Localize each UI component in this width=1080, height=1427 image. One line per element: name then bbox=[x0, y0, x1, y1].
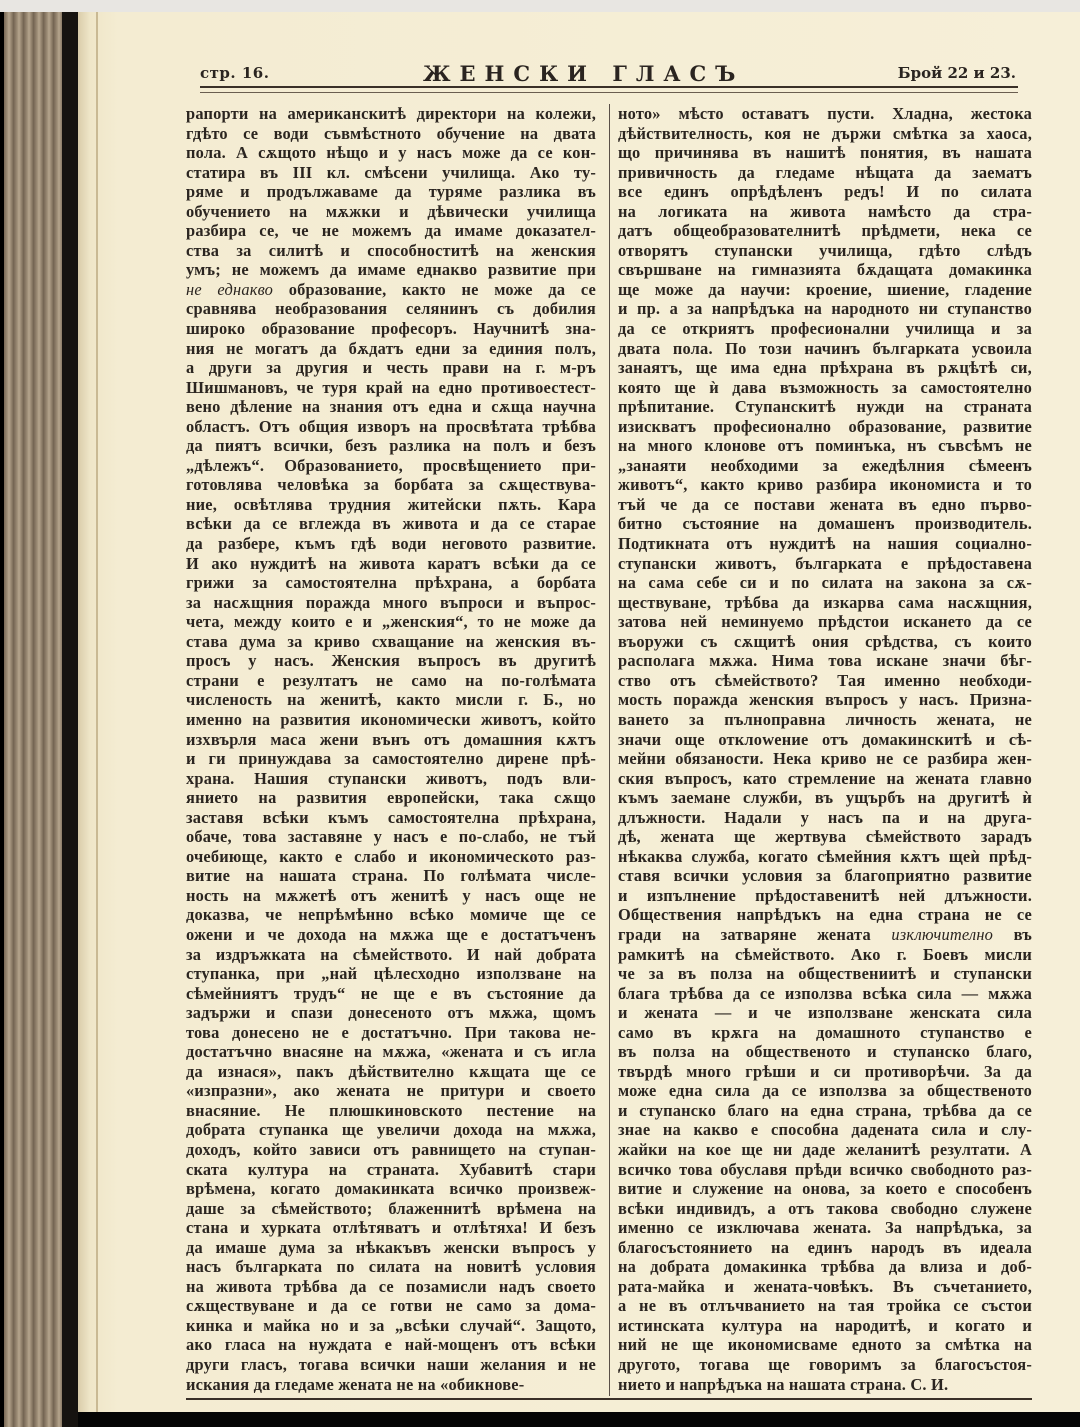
text-line: свършване на гимназията бѫдащата домакин… bbox=[618, 260, 1032, 280]
text-line: изхвърля маса жени вънъ отъ домашния кѫт… bbox=[186, 730, 596, 750]
italic-emphasis: не еднакво bbox=[186, 280, 273, 299]
text-line: не еднакво образование, както не може да… bbox=[186, 280, 596, 300]
header-rule bbox=[200, 86, 1018, 93]
text-line: ването за пълноправна личность жената, н… bbox=[618, 710, 1032, 730]
text-line: доходъ, който зависи отъ равнището на ст… bbox=[186, 1140, 596, 1160]
text-line: ния не могатъ да бѫдатъ едни за единия п… bbox=[186, 339, 596, 359]
text-line: която ще ѝ дава възможность за самостоят… bbox=[618, 378, 1032, 398]
text-line: на сама себе си и по силата на закона за… bbox=[618, 573, 1032, 593]
text-line: длъжности. Надали у насъ па и на друга- bbox=[618, 808, 1032, 828]
text-line: занаятъ, ще има една прѣхрана въ рѫцѣтѣ … bbox=[618, 358, 1032, 378]
text-line: внасяние. Не плюшкиновското пестение на bbox=[186, 1101, 596, 1121]
italic-emphasis: изключително bbox=[891, 925, 993, 944]
text-line: витие и служение на онова, за което е сп… bbox=[618, 1179, 1032, 1199]
text-line: че за въ полза на обществениитѣ и ступан… bbox=[618, 964, 1032, 984]
text-line: прѣпитание. Ступанскитѣ нужди на странат… bbox=[618, 397, 1032, 417]
text-line: ние, освѣтлява трудния житейски пѫть. Ка… bbox=[186, 495, 596, 515]
text-line: и пр. а за напрѣдъка на народното ни сту… bbox=[618, 299, 1032, 319]
text-line: даше за сѣмейството; блаженнитѣ врѣмена … bbox=[186, 1199, 596, 1219]
text-line: изискватъ професионално образование, раз… bbox=[618, 417, 1032, 437]
text-line: доказва, че непрѣмѣнно всѣко момиче ще с… bbox=[186, 905, 596, 925]
page-fold-line bbox=[96, 12, 98, 1412]
text-line: тъй че да се постави жената въ едно първ… bbox=[618, 495, 1032, 515]
text-line: витие на нашата страна. По голѣмата числ… bbox=[186, 866, 596, 886]
text-line: страни е резултатъ не само на по-голѣмат… bbox=[186, 671, 596, 691]
text-line: просъ у насъ. Женския въпросъ въ другитѣ bbox=[186, 651, 596, 671]
text-line: други гласъ, тогава всички наши желания … bbox=[186, 1355, 596, 1375]
text-line: битно състояние на домашенъ производител… bbox=[618, 514, 1032, 534]
text-line: твърдѣ много грѣши и си противорѣчи. За … bbox=[618, 1062, 1032, 1082]
text-line: ако гласа на нуждата е най-мощенъ отъ вс… bbox=[186, 1335, 596, 1355]
text-line: отворятъ ступански училища, гдѣто слѣдъ bbox=[618, 241, 1032, 261]
text-line: Обществения напрѣдъкъ на една страна не … bbox=[618, 905, 1032, 925]
text-line: ство отъ сѣмейството? Тая именно необход… bbox=[618, 671, 1032, 691]
scan-top-margin bbox=[0, 0, 1080, 12]
text-column-left: рапорти на американскитѣ директори на ко… bbox=[186, 104, 596, 1394]
text-line: численость на женитѣ, както мисли г. Б.,… bbox=[186, 690, 596, 710]
text-line: И ако нуждитѣ на живота каратъ всѣки да … bbox=[186, 554, 596, 574]
text-line: стана и хурката отлѣтяватъ и отлѣтяха! И… bbox=[186, 1218, 596, 1238]
text-line: именно на развития икономически животъ, … bbox=[186, 710, 596, 730]
text-line: янието на развития европейски, така сѫщо bbox=[186, 788, 596, 808]
text-line: животъ“, както криво разбира икономиста … bbox=[618, 475, 1032, 495]
text-line: и ги принуждава за самостоятелно дирене … bbox=[186, 749, 596, 769]
text-line: нѣкаква служба, когато сѣмейния кѫтъ щеѝ… bbox=[618, 847, 1032, 867]
text-line: благосъстоянието на единъ народъ въ идеа… bbox=[618, 1238, 1032, 1258]
scan-bottom-margin bbox=[78, 1412, 1080, 1427]
text-line: сѣмейниятъ трудъ“ не ще е въ състояние д… bbox=[186, 984, 596, 1004]
text-line: кинка и майка но и за „всѣки случай“. За… bbox=[186, 1316, 596, 1336]
text-line: това донесено не е достатъчно. При таков… bbox=[186, 1023, 596, 1043]
text-line: именно се изключава жената. За напрѣдъка… bbox=[618, 1218, 1032, 1238]
text-line: пола. А сѫщото нѣщо и у насъ може да се … bbox=[186, 143, 596, 163]
text-line: само въ крѫга на домашното ступанство е bbox=[618, 1023, 1032, 1043]
text-line: Подтикната отъ нуждитѣ на нашия социално… bbox=[618, 534, 1032, 554]
text-line: добрата ступанка ще увеличи дохода на мѫ… bbox=[186, 1120, 596, 1140]
text-line: мейни обязаности. Нека криво не се разби… bbox=[618, 749, 1032, 769]
text-line: умъ; не можемъ да имаме еднакво развитие… bbox=[186, 260, 596, 280]
text-line: нието и напрѣдъка на нашата страна. С. И… bbox=[618, 1375, 1032, 1395]
text-line: а не въ отлъчванието на тая тройка се съ… bbox=[618, 1296, 1032, 1316]
text-line: сравнява необразования селянинъ съ добил… bbox=[186, 299, 596, 319]
text-line: все единъ опрѣдѣленъ редъ! И по силата bbox=[618, 182, 1032, 202]
text-line: привичность да гледаме нѣщата да заематъ bbox=[618, 163, 1032, 183]
text-line: датъ общеобразователнитѣ прѣдмети, нека … bbox=[618, 221, 1032, 241]
text-line: да се откриятъ професионални училища и з… bbox=[618, 319, 1032, 339]
text-line: очебиюще, както е слабо и икономическото… bbox=[186, 847, 596, 867]
text-line: ския въпросъ, като стремление на жената … bbox=[618, 769, 1032, 789]
text-line: «изпразни», ако жената не притури и свое… bbox=[186, 1081, 596, 1101]
text-line: на добрата домакинка трѣбва да влиза и д… bbox=[618, 1257, 1032, 1277]
text-line: да пиятъ всички, безъ разлика на полъ и … bbox=[186, 436, 596, 456]
text-line: насъ българката по силата на новитѣ усло… bbox=[186, 1257, 596, 1277]
text-line: другото, тогава ще говоримъ за благосъст… bbox=[618, 1355, 1032, 1375]
text-line: а други за другия и честь прави на г. м-… bbox=[186, 358, 596, 378]
text-line: чета, между които е и „женския“, то не м… bbox=[186, 612, 596, 632]
text-line: разбира се, че не можемъ да имаме доказа… bbox=[186, 221, 596, 241]
text-line: ства за силитѣ и способноститѣ на женски… bbox=[186, 241, 596, 261]
text-line: може една сила да се използва за обществ… bbox=[618, 1081, 1032, 1101]
text-line: дѣйствителность, коя не държи смѣтка за … bbox=[618, 124, 1032, 144]
text-line: достатъчно внасяне на мѫжа, «жената и съ… bbox=[186, 1042, 596, 1062]
text-line: задържи и спази донесеното отъ мѫжа, щом… bbox=[186, 1003, 596, 1023]
text-line: да изнася», пакъ дѣйствително кѫщата ще … bbox=[186, 1062, 596, 1082]
text-line: блага трѣбва да се използва всѣка сила —… bbox=[618, 984, 1032, 1004]
text-line: мость поражда женския въпросъ у насъ. Пр… bbox=[618, 690, 1032, 710]
text-line: гдѣто се води съвмѣстното обучение на дв… bbox=[186, 124, 596, 144]
text-line: ще може да научи: кроение, шиение, гладе… bbox=[618, 280, 1032, 300]
text-line: „занаяти необходими за ежедѣлния сѣмеенъ bbox=[618, 456, 1032, 476]
text-line: затова ней неминуемо прѣдстои искането д… bbox=[618, 612, 1032, 632]
text-line: искания да гледаме жената не на «обикнов… bbox=[186, 1375, 596, 1395]
text-line: въ полза на общественото и ступанско бла… bbox=[618, 1042, 1032, 1062]
text-line: знае на какво е способна дадената сила и… bbox=[618, 1120, 1032, 1140]
text-line: ществуване, трѣбва да изкарва сама насѫщ… bbox=[618, 593, 1032, 613]
text-column-right: ното» мѣсто оставатъ пусти. Хладна, жест… bbox=[618, 104, 1032, 1394]
text-line: ската култура на страната. Хубавитѣ стар… bbox=[186, 1160, 596, 1180]
text-line: дѣ, жената ще жертвува сѣмейството зарад… bbox=[618, 827, 1032, 847]
footer-rule bbox=[186, 1398, 1032, 1403]
text-line: гради на затваряне жената изключително в… bbox=[618, 925, 1032, 945]
text-line: и ступанско благо на една страна, трѣбва… bbox=[618, 1101, 1032, 1121]
text-line: двата пола. По този начинъ българката ус… bbox=[618, 339, 1032, 359]
text-line: располага мѫжа. Нима това искане значи б… bbox=[618, 651, 1032, 671]
text-line: заставя всѣки къмъ самостоятелна прѣхран… bbox=[186, 808, 596, 828]
running-head: стр. 16. ЖЕНСКИ ГЛАСЪ Брой 22 и 23. bbox=[200, 58, 1016, 88]
text-line: готовлява человѣка за борбата за сѫществ… bbox=[186, 475, 596, 495]
text-line: къмъ заемане служби, въ ущърбъ на другит… bbox=[618, 788, 1032, 808]
text-line: вено дѣление на знания отъ една и сѫща н… bbox=[186, 397, 596, 417]
text-line: сѫществуване и да се готви не само за до… bbox=[186, 1296, 596, 1316]
text-line: въоружи съ сѫщитѣ ония срѣдства, съ коит… bbox=[618, 632, 1032, 652]
text-line: „дѣлежъ“. Образованието, просвѣщението п… bbox=[186, 456, 596, 476]
text-line: и изпълнение прѣдоставенитѣ ней длъжност… bbox=[618, 886, 1032, 906]
page-number: стр. 16. bbox=[200, 64, 269, 82]
text-line: всѣки да се вглежда въ живота и да се ст… bbox=[186, 514, 596, 534]
text-line: ставя всички условия за благоприятно раз… bbox=[618, 866, 1032, 886]
text-line: да разбере, къмъ гдѣ води неговото разви… bbox=[186, 534, 596, 554]
text-line: що причинява въ нашитѣ понятия, въ нашат… bbox=[618, 143, 1032, 163]
text-line: рата-майка и жената-човѣкъ. Въ съчетание… bbox=[618, 1277, 1032, 1297]
text-line: значи още отклоwение отъ домакинскитѣ и … bbox=[618, 730, 1032, 750]
text-line: широко образование професоръ. Научнитѣ з… bbox=[186, 319, 596, 339]
text-line: на логиката на живота намѣсто да стра- bbox=[618, 202, 1032, 222]
text-line: за издръжката на сѣмейството. И най добр… bbox=[186, 945, 596, 965]
text-line: ний не ще икономисваме едното за смѣтка … bbox=[618, 1335, 1032, 1355]
text-line: става дума за криво схващание на женския… bbox=[186, 632, 596, 652]
text-line: и жената — и че използване женската сила bbox=[618, 1003, 1032, 1023]
text-line: ното» мѣсто оставатъ пусти. Хладна, жест… bbox=[618, 104, 1032, 124]
text-line: ожени и че дохода на мѫжа ще е достатъче… bbox=[186, 925, 596, 945]
text-line: грижи за самостоятелна прѣхрана, а борба… bbox=[186, 573, 596, 593]
text-line: ступанка, при „най цѣлесходно използване… bbox=[186, 964, 596, 984]
text-line: врѣмена, когато домакинката всичко произ… bbox=[186, 1179, 596, 1199]
text-line: областъ. Отъ общия изворъ на просвѣтата … bbox=[186, 417, 596, 437]
text-line: храна. Нашия ступански животъ, подъ вли- bbox=[186, 769, 596, 789]
text-line: обаче, това заставяне у насъ е по-слабо,… bbox=[186, 827, 596, 847]
text-line: рапорти на американскитѣ директори на ко… bbox=[186, 104, 596, 124]
column-divider bbox=[609, 104, 610, 1396]
text-line: ность на мѫжетѣ отъ женитѣ у насъ още не bbox=[186, 886, 596, 906]
text-line: на живота трѣбва да се позамисли надъ св… bbox=[186, 1277, 596, 1297]
text-line: ряме и продължаваме да туряме разлика въ bbox=[186, 182, 596, 202]
text-line: рамкитѣ на сѣмейството. Ако г. Боевъ мис… bbox=[618, 945, 1032, 965]
periodical-title: ЖЕНСКИ ГЛАСЪ bbox=[423, 61, 744, 86]
text-line: Шишмановъ, че туря край на едно противое… bbox=[186, 378, 596, 398]
text-line: жайки на кое ще ни даде желанитѣ резулта… bbox=[618, 1140, 1032, 1160]
text-line: за насѫщния поражда много въпроси и въпр… bbox=[186, 593, 596, 613]
text-line: всичко това обуславя прѣди всичко свобод… bbox=[618, 1160, 1032, 1180]
text-line: обучението на мѫжки и дѣвически училища bbox=[186, 202, 596, 222]
issue-number: Брой 22 и 23. bbox=[898, 64, 1016, 82]
text-line: всѣки индивидъ, а отъ такова свободно сл… bbox=[618, 1199, 1032, 1219]
text-line: ступански животъ, българката е прѣдостав… bbox=[618, 554, 1032, 574]
text-line: на много клонове отъ поминъка, нъ съвсѣм… bbox=[618, 436, 1032, 456]
text-line: статира въ III кл. смѣсени училища. Ако … bbox=[186, 163, 596, 183]
text-line: да имаше дума за нѣкакъвъ женски въпросъ… bbox=[186, 1238, 596, 1258]
text-line: истинската култура на народитѣ, и когато… bbox=[618, 1316, 1032, 1336]
